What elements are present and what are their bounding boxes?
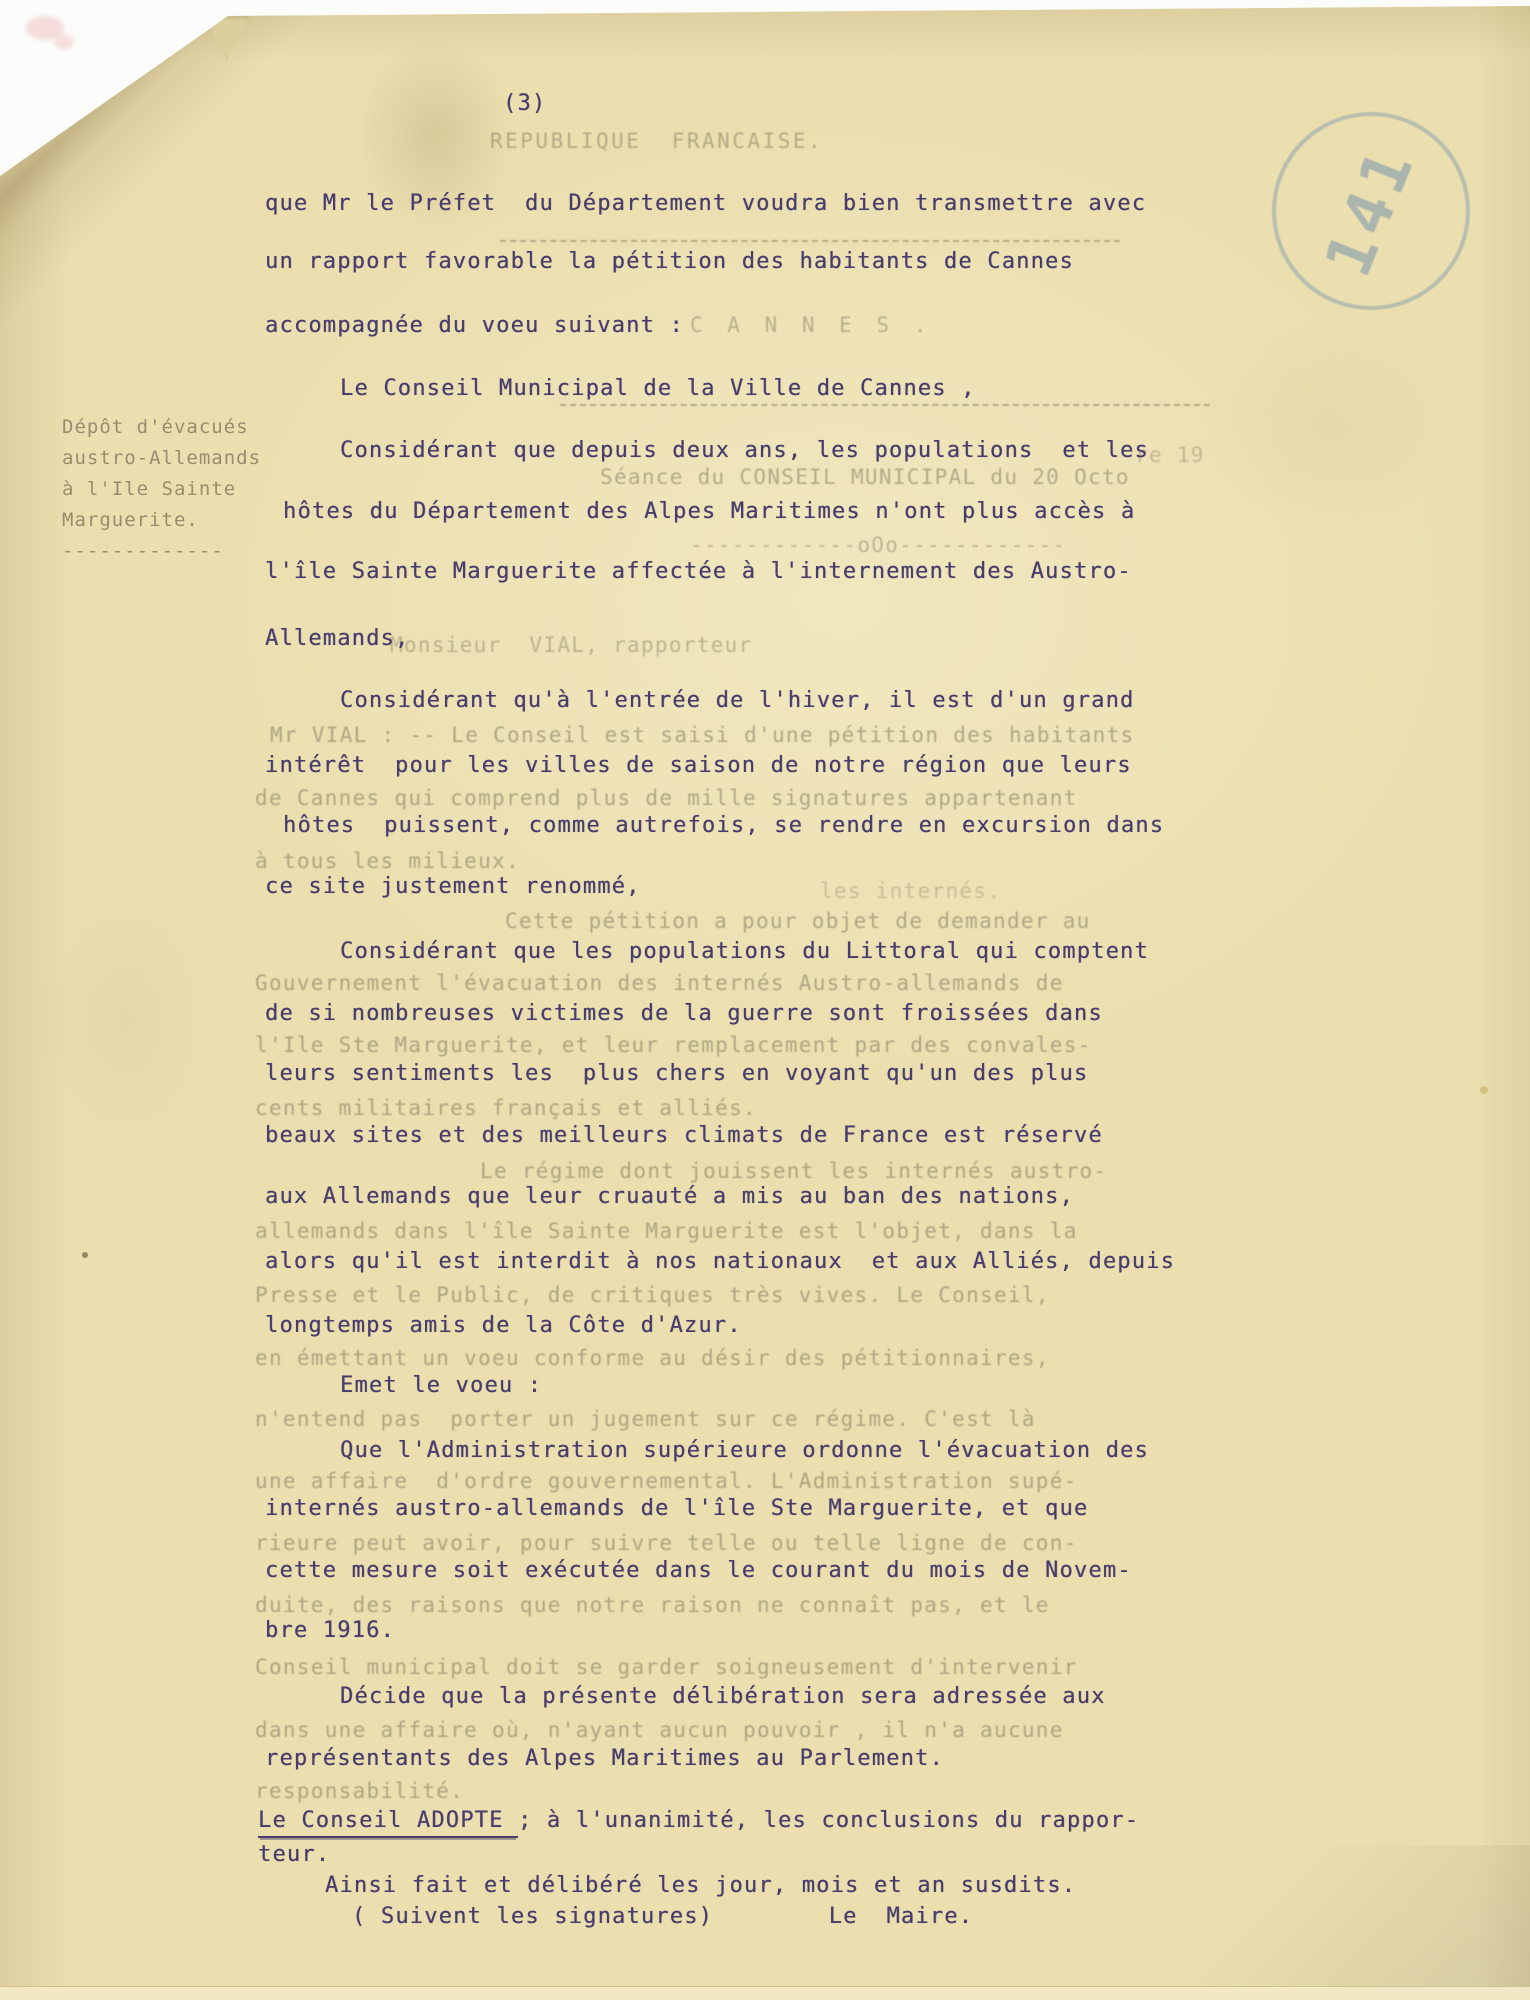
typed-line: Le Conseil ADOPTE ; à l'unanimité, les c… [258, 1807, 1139, 1835]
typed-line: (3) [503, 90, 546, 118]
bleed-line: Mr VIAL : -- Le Conseil est saisi d'une … [270, 722, 1134, 749]
typed-line: accompagnée du voeu suivant : [265, 312, 684, 340]
typed-line: alors qu'il est interdit à nos nationaux… [265, 1248, 1175, 1276]
underlined-text: Le Conseil ADOPTE [258, 1808, 518, 1838]
bleed-line: Cette pétition a pour objet de demander … [505, 908, 1091, 935]
pink-smudge [26, 16, 64, 40]
bleed-line: Monsieur VIAL, rapporteur [390, 632, 753, 659]
margin-note-line: austro-Allemands [62, 443, 261, 474]
paper-stain [30, 880, 220, 1160]
margin-note-line: Marguerite. [62, 505, 199, 536]
typed-line: beaux sites et des meilleurs climats de … [265, 1122, 1103, 1150]
typed-line: Allemands, [265, 625, 409, 653]
typed-line: Considérant que depuis deux ans, les pop… [340, 437, 1149, 465]
typed-line: hôtes du Département des Alpes Maritimes… [283, 498, 1135, 526]
typed-line: Emet le voeu : [340, 1372, 542, 1400]
typed-line: représentants des Alpes Maritimes au Par… [265, 1745, 944, 1773]
bleed-underline [500, 240, 1120, 242]
bleed-line: n'entend pas porter un jugement sur ce r… [255, 1406, 1036, 1433]
bleed-line: Le régime dont jouissent les internés au… [480, 1158, 1107, 1185]
typed-line: bre 1916. [265, 1617, 395, 1645]
typed-line: ( Suivent les signatures) Le Maire. [352, 1903, 973, 1931]
stamp-number: 141 [1312, 135, 1431, 287]
corner-fold-notch [203, 16, 251, 62]
bleed-line: REPUBLIQUE FRANCAISE. [490, 128, 823, 155]
typed-line: Considérant qu'à l'entrée de l'hiver, il… [340, 687, 1134, 715]
bleed-line: une affaire d'ordre gouvernemental. L'Ad… [255, 1468, 1078, 1495]
bleed-line: responsabilité. [255, 1778, 464, 1805]
bleed-line: Presse et le Public, de critiques très v… [255, 1282, 1050, 1309]
bleed-line: de Cannes qui comprend plus de mille sig… [255, 785, 1078, 812]
bleed-line: rieure peut avoir, pour suivre telle ou … [255, 1530, 1078, 1557]
typed-line: un rapport favorable la pétition des hab… [265, 248, 1074, 276]
paper-stain [1200, 320, 1460, 530]
typed-line: intérêt pour les villes de saison de not… [265, 752, 1132, 780]
bleed-line: duite, des raisons que notre raison ne c… [255, 1592, 1050, 1619]
corner-fold-shadow [0, 0, 380, 330]
margin-note-line: à l'Ile Sainte [62, 474, 236, 505]
bleed-line: l'Ile Ste Marguerite, et leur remplaceme… [255, 1032, 1092, 1059]
bleed-line: les internés. [820, 878, 1001, 905]
typed-line: que Mr le Préfet du Département voudra b… [265, 190, 1146, 218]
margin-note-line: Dépôt d'évacués [62, 412, 249, 443]
bleed-line: ------------oOo------------ [690, 532, 1066, 559]
typed-line: teur. [258, 1841, 330, 1869]
typed-line: Que l'Administration supérieure ordonne … [340, 1437, 1149, 1465]
bleed-line: à tous les milieux. [255, 848, 520, 875]
typed-line: Le Conseil Municipal de la Ville de Cann… [340, 375, 976, 403]
bleed-line: Séance du CONSEIL MUNICIPAL du 20 Octo [600, 464, 1130, 491]
paper-speck [1480, 1086, 1488, 1094]
typed-line: leurs sentiments les plus chers en voyan… [265, 1060, 1088, 1088]
typed-line: longtemps amis de la Côte d'Azur. [265, 1312, 742, 1340]
bottom-right-shade [1050, 1845, 1530, 2000]
typed-line: hôtes puissent, comme autrefois, se rend… [283, 812, 1164, 840]
typed-line: de si nombreuses victimes de la guerre s… [265, 1000, 1103, 1028]
bleed-line: en émettant un voeu conforme au désir de… [255, 1345, 1050, 1372]
bleed-line: Conseil municipal doit se garder soigneu… [255, 1654, 1078, 1681]
bleed-line: dans une affaire où, n'ayant aucun pouvo… [255, 1717, 1064, 1744]
typed-line: Ainsi fait et délibéré les jour, mois et… [325, 1872, 1076, 1900]
document-scan: REPUBLIQUE FRANCAISE.C A N N E S .Séance… [0, 0, 1530, 2000]
bleed-line: cents militaires français et alliés. [255, 1095, 757, 1122]
bleed-line: C A N N E S . [690, 312, 932, 339]
typed-line: Décide que la présente délibération sera… [340, 1683, 1106, 1711]
bleed-line: allemands dans l'île Sainte Marguerite e… [255, 1218, 1078, 1245]
pink-smudge [54, 34, 74, 49]
archive-stamp: 141 [1272, 112, 1470, 310]
typed-line: Considérant que les populations du Litto… [340, 938, 1149, 966]
typed-line: cette mesure soit exécutée dans le coura… [265, 1557, 1132, 1585]
typed-line: internés austro-allemands de l'île Ste M… [265, 1495, 1088, 1523]
bleed-line: Gouvernement l'évacuation des internés A… [255, 970, 1064, 997]
typed-line: l'île Sainte Marguerite affectée à l'int… [265, 558, 1132, 586]
typed-line: ce site justement renommé, [265, 873, 641, 901]
ink-speck [82, 1252, 88, 1258]
page-bottom-edge [0, 1986, 1530, 2000]
bleed-underline [560, 404, 1210, 406]
margin-note-line: ------------- [62, 536, 224, 567]
typed-line: aux Allemands que leur cruauté a mis au … [265, 1183, 1074, 1211]
paper-sheet: REPUBLIQUE FRANCAISE.C A N N E S .Séance… [0, 0, 1530, 2000]
